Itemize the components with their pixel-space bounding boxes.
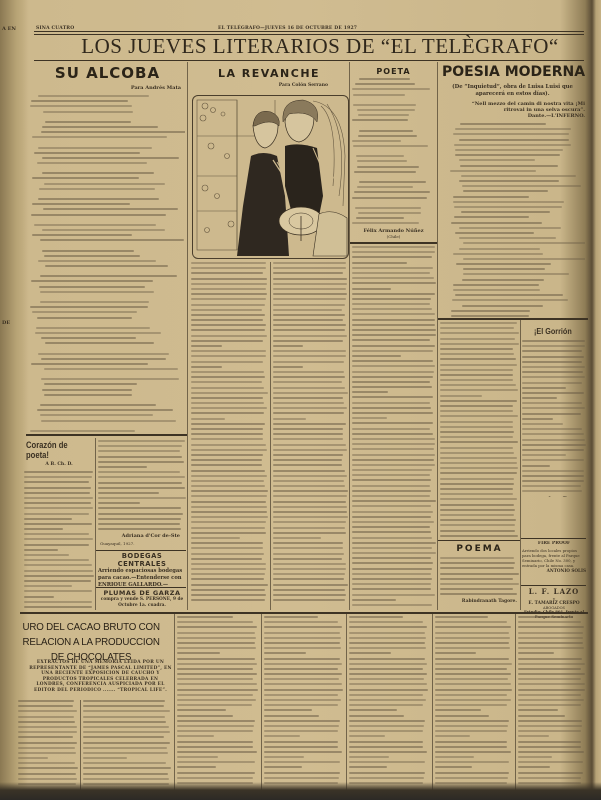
article-body xyxy=(273,262,348,601)
ad-body: compra y vende S. PERSONE, 9 de Octubre … xyxy=(96,597,188,608)
section-rule xyxy=(438,318,588,320)
article-continuation xyxy=(440,322,519,540)
column-rule xyxy=(349,62,350,610)
article-la-revanche-body-2 xyxy=(273,262,348,610)
article-signature-place: (Chile) xyxy=(351,234,436,239)
column-rule xyxy=(515,614,516,790)
article-la-revanche-body-3 xyxy=(352,246,436,610)
ad-body: Arriendo espaciosas bodegas para cacao.—… xyxy=(96,568,188,586)
article-body xyxy=(98,440,186,530)
article-body xyxy=(264,616,344,784)
column-rule xyxy=(346,614,347,790)
article-la-revanche-header: LA REVANCHE Para Colón Serrano xyxy=(190,62,348,96)
article-title: POEMA xyxy=(440,544,519,554)
edge-label: DE xyxy=(2,320,10,326)
article-signature: Rabindranath Tagore. xyxy=(440,599,517,604)
ad-plumas-de-garza: PLUMAS DE GARZA compra y vende S. PERSON… xyxy=(96,589,188,611)
ad-title: BODEGAS CENTRALES xyxy=(96,552,188,568)
column-rule xyxy=(80,700,81,790)
article-body xyxy=(191,262,268,601)
article-body xyxy=(177,616,259,784)
ad-title: L. F. LAZO xyxy=(522,587,586,596)
section-rule xyxy=(438,540,520,541)
article-title: POESIA MODERNA xyxy=(442,64,585,80)
column-rule xyxy=(270,262,271,610)
article-title: LA REVANCHE xyxy=(190,67,348,80)
masthead-rule xyxy=(34,60,584,61)
cacao-column-1 xyxy=(18,700,78,790)
article-body xyxy=(435,616,513,784)
article-dateline: Guayaquil, 1927. xyxy=(100,541,186,546)
article-subtitle-cacao: EXTRACTOS DE UNA MEMORIA LEIDA POR UN RE… xyxy=(28,660,173,694)
cacao-column-2 xyxy=(83,700,171,790)
article-poesia-moderna: POESIA MODERNA (De “Inquietud”, obra de … xyxy=(440,62,585,317)
ad-title: PLUMAS DE GARZA xyxy=(96,589,188,597)
column-rule xyxy=(432,614,433,790)
cacao-column-7 xyxy=(518,616,586,790)
column-rule xyxy=(261,614,262,790)
masthead: LOS JUEVES LITERARIOS DE “EL TELÈGRAFO“ xyxy=(60,34,580,59)
article-corazon-de-poeta: Corazón de poeta! A B. Ch. D. xyxy=(24,438,94,610)
article-body xyxy=(518,616,586,784)
article-body xyxy=(440,123,585,317)
cacao-column-6 xyxy=(435,616,513,790)
article-la-revanche-body-1 xyxy=(191,262,268,610)
ad-signature: ANTONIO SOLIS xyxy=(522,568,586,573)
illustration-drawing xyxy=(193,96,348,258)
article-corazon-continued: Adriana d'Cor de-Ste Guayaquil, 1927. xyxy=(98,440,186,550)
article-title: POETA xyxy=(351,67,436,76)
column-rule xyxy=(520,320,521,610)
article-body xyxy=(440,557,519,595)
section-rule xyxy=(350,242,437,244)
edge-label: A EN xyxy=(2,26,16,32)
ad-title: FIRE PROOF xyxy=(522,541,586,546)
section-rule xyxy=(26,434,187,436)
article-signature: Juan Tourgue xyxy=(522,496,586,497)
illustration-two-women xyxy=(192,95,349,259)
ad-rule xyxy=(521,585,586,586)
article-intro: (De “Inquietud”, obra de Luisa Luisi que… xyxy=(440,84,585,98)
article-body xyxy=(24,471,94,610)
article-body xyxy=(18,700,78,785)
column-rule xyxy=(174,614,175,790)
scan-bottom-edge xyxy=(0,782,601,800)
article-title: ¡El Gorrión xyxy=(534,326,578,336)
ad-bodegas-centrales: BODEGAS CENTRALES Arriendo espaciosas bo… xyxy=(96,552,188,586)
article-byline: Para Andrés Mata xyxy=(30,85,181,91)
article-byline: Para Colón Serrano xyxy=(190,83,328,88)
article-body xyxy=(522,340,586,492)
column-rule xyxy=(187,62,188,610)
article-poema: POEMA Rabindranath Tagore. xyxy=(440,544,519,610)
section-rule xyxy=(20,612,588,614)
article-body xyxy=(440,322,519,537)
ad-rule xyxy=(521,538,586,539)
cacao-column-4 xyxy=(264,616,344,790)
article-su-alcoba: SU ALCOBA Para Andrés Mata Carlos Borges… xyxy=(30,62,185,434)
article-el-gorrion: ¡El Gorrión Juan Tourgue xyxy=(522,322,586,497)
ad-fire-proof: FIRE PROOF Arriendo dos locales propios … xyxy=(522,541,586,583)
article-body xyxy=(83,700,171,785)
ad-body: Arriendo dos locales propios para bodega… xyxy=(522,548,586,568)
article-signature: Adriana d'Cor de-Ste xyxy=(98,533,180,539)
newspaper-page: A EN DE SINA CUATRO EL TELÉGRAFO—JUEVES … xyxy=(0,0,601,800)
article-poeta: POETA Félix Armando Núñez (Chile) xyxy=(351,62,436,242)
article-body xyxy=(30,95,185,434)
article-title: SU ALCOBA xyxy=(30,64,185,82)
ad-rule xyxy=(96,550,186,551)
article-epigraph: “Nell mezzo del camin di nostra vita ¡Mi… xyxy=(440,101,585,113)
ad-rule xyxy=(96,587,186,588)
header-rule xyxy=(34,31,584,32)
column-rule xyxy=(437,62,438,610)
cacao-column-3 xyxy=(177,616,259,790)
article-title: Corazón de poeta! xyxy=(26,440,84,460)
article-body xyxy=(352,246,436,606)
article-title-cacao: URO DEL CACAO BRUTO CON RELACION A LA PR… xyxy=(20,620,162,665)
article-body xyxy=(349,616,429,784)
article-initials: A B. Ch. D. xyxy=(24,462,94,467)
adjacent-page-edge xyxy=(0,0,28,800)
article-body xyxy=(351,78,436,224)
cacao-column-5 xyxy=(349,616,429,790)
